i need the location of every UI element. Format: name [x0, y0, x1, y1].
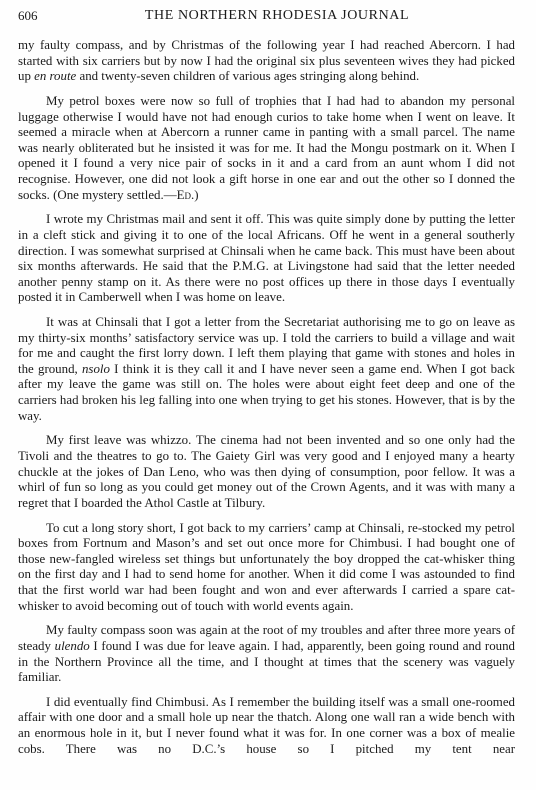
- paragraph: I did eventually find Chimbusi. As I rem…: [18, 695, 515, 757]
- paragraph-text: I wrote my Christmas mail and sent it of…: [18, 212, 515, 304]
- paragraph: My faulty compass soon was again at the …: [18, 623, 515, 685]
- paragraph-text: To cut a long story short, I got back to…: [18, 521, 515, 613]
- running-title: THE NORTHERN RHODESIA JOURNAL: [18, 6, 516, 26]
- paragraph: My petrol boxes were now so full of trop…: [18, 94, 515, 203]
- paragraph-text: ): [194, 188, 198, 202]
- paragraph: It was at Chinsali that I got a letter f…: [18, 315, 515, 424]
- article-body: my faulty compass, and by Christmas of t…: [18, 38, 515, 766]
- paragraph: To cut a long story short, I got back to…: [18, 521, 515, 615]
- italic-term: nsolo: [82, 362, 110, 376]
- paragraph: I wrote my Christmas mail and sent it of…: [18, 212, 515, 306]
- paragraph-text: My petrol boxes were now so full of trop…: [18, 94, 515, 202]
- paragraph: my faulty compass, and by Christmas of t…: [18, 38, 515, 85]
- italic-term: en route: [34, 69, 76, 83]
- journal-page: 606 THE NORTHERN RHODESIA JOURNAL my fau…: [0, 0, 536, 790]
- page-header: 606 THE NORTHERN RHODESIA JOURNAL: [18, 6, 516, 26]
- paragraph: My first leave was whizzo. The cinema ha…: [18, 433, 515, 511]
- italic-term: ulendo: [55, 639, 90, 653]
- paragraph-text: and twenty-seven children of various age…: [76, 69, 419, 83]
- paragraph-text: Ed.: [177, 188, 195, 202]
- paragraph-text: I did eventually find Chimbusi. As I rem…: [18, 695, 515, 756]
- paragraph-text: I found I was due for leave again. I had…: [18, 639, 515, 684]
- paragraph-text: My first leave was whizzo. The cinema ha…: [18, 433, 515, 509]
